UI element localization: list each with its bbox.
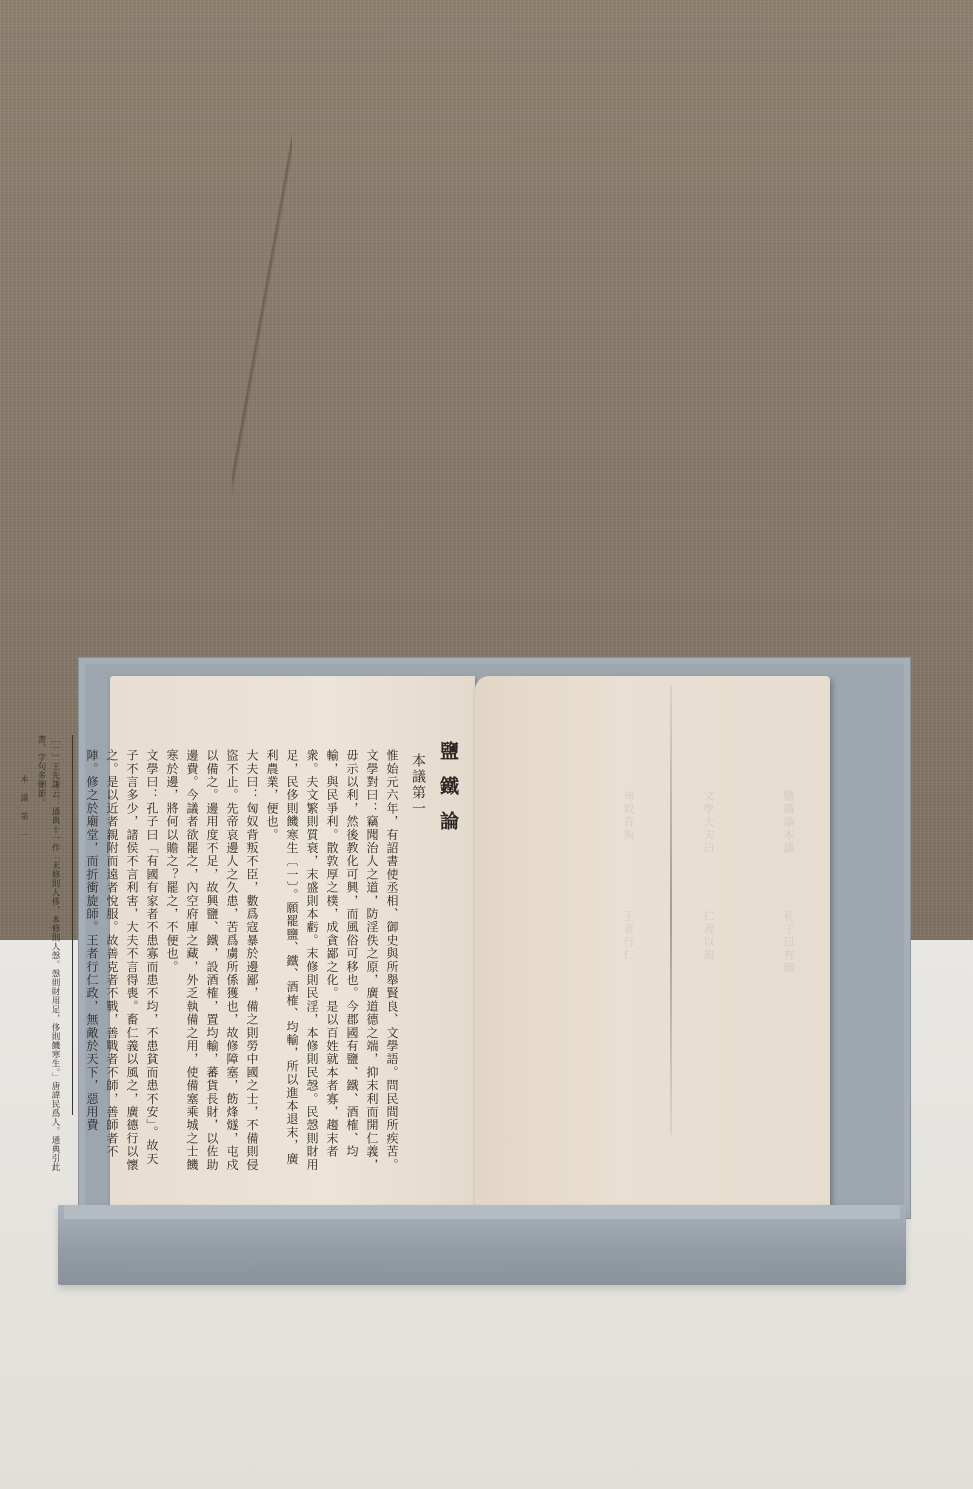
running-footer: 本 議 第 一	[14, 735, 34, 1175]
chapter-heading: 本議第一	[408, 735, 428, 1175]
paragraph: 文學曰：孔子曰「有國有家者不患寡而患不均，不患貧而患不安」。故天子不言多少，諸侯…	[82, 735, 162, 1175]
footnote: 〔一〕王先謙云：通典十一作「末修則人侈，本修則人愨。愨則財用足，侈則饑寒生。」唐…	[34, 735, 62, 1175]
show-through-text: 孔子曰有國	[780, 910, 796, 990]
display-stand-lip	[64, 1205, 900, 1219]
paragraph: 文學對曰：竊聞治人之道，防淫佚之原，廣道德之端，抑末利而開仁義，毋示以利，然後教…	[262, 735, 382, 1175]
book-text: 鹽鐵論 本議第一 惟始元六年，有詔書使丞相、御史與所舉賢良、文學語。問民間所疾苦…	[128, 735, 458, 1175]
book-title: 鹽鐵論	[438, 735, 458, 1175]
paragraph: 大夫曰：匈奴背叛不臣，數爲寇暴於邊鄙，備之則勞中國之士，不備則侵盜不止。先帝哀邊…	[162, 735, 262, 1175]
footnote-divider	[72, 735, 73, 1115]
show-through-text: 王者行仁	[620, 910, 636, 990]
show-through-text: 仁義以風	[700, 910, 716, 990]
show-through-text: 匈奴背叛	[620, 790, 636, 880]
wall-crack	[232, 0, 292, 640]
page-number: 一	[128, 1118, 138, 1133]
paragraph: 惟始元六年，有詔書使丞相、御史與所舉賢良、文學語。問民間所疾苦。	[382, 735, 402, 1175]
book-right-page	[475, 676, 830, 1221]
show-through-text: 文學大夫曰	[700, 790, 716, 880]
page-crease	[670, 685, 672, 1135]
show-through-text: 鹽鐵論本議	[780, 790, 796, 880]
